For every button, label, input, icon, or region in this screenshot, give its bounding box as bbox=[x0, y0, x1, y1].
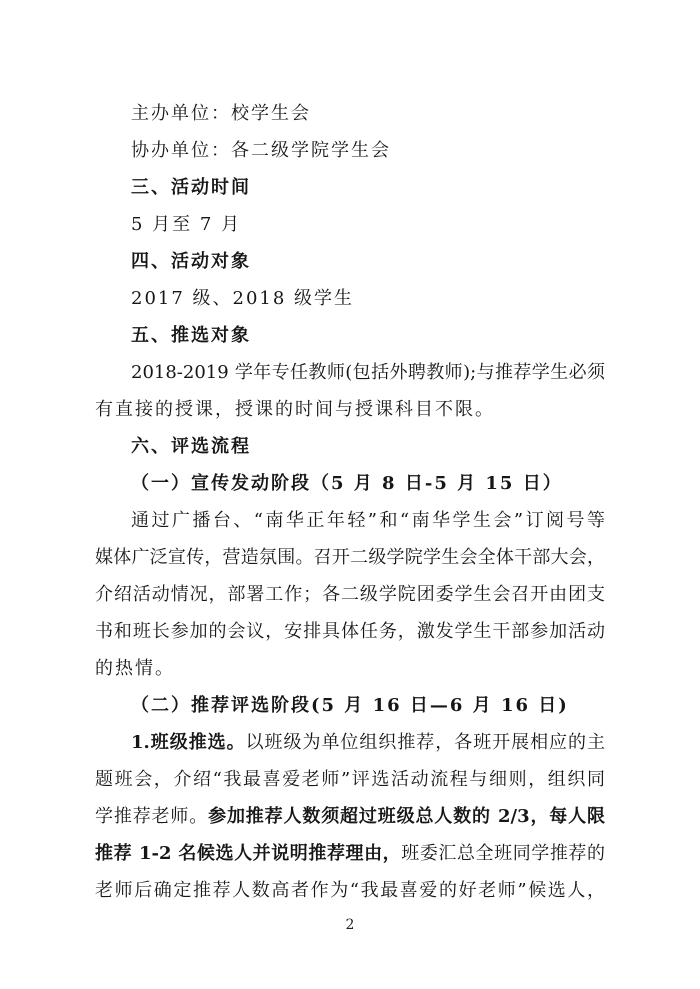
text-segment: 5 月至 7 月 bbox=[131, 214, 241, 235]
document-page: 主办单位：校学生会协办单位：各二级学院学生会三、活动时间5 月至 7 月四、活动… bbox=[0, 0, 700, 989]
text-line: 书和班长参加的会议，安排具体任务，激发学生干部参加活动 bbox=[95, 613, 605, 650]
text-line: 2018-2019 学年专任教师(包括外聘教师);与推荐学生必须 bbox=[95, 354, 605, 391]
text-segment: 的热情。 bbox=[95, 658, 175, 679]
text-line: 通过广播台、“南华正年轻”和“南华学生会”订阅号等 bbox=[95, 502, 605, 539]
text-segment: 2018-2019 学年专任教师(包括外聘教师);与推荐学生必须 bbox=[131, 362, 605, 383]
text-line: 三、活动时间 bbox=[95, 169, 605, 206]
text-line: 1.班级推选。以班级为单位组织推荐，各班开展相应的主 bbox=[95, 724, 605, 761]
text-line: 5 月至 7 月 bbox=[95, 206, 605, 243]
text-line: 介绍活动情况，部署工作；各二级学院团委学生会召开由团支 bbox=[95, 576, 605, 613]
text-segment: 班委汇总全班同学推荐的 bbox=[401, 843, 605, 864]
text-segment: 学推荐老师。 bbox=[95, 806, 208, 827]
text-line: 老师后确定推荐人数高者作为“我最喜爱的好老师”候选人， bbox=[95, 872, 605, 909]
text-line: 协办单位：各二级学院学生会 bbox=[95, 132, 605, 169]
bold-text-segment: 六、评选流程 bbox=[131, 436, 251, 457]
bold-text-segment: 推荐 1-2 名候选人并说明推荐理由， bbox=[95, 843, 401, 864]
text-line: 题班会，介绍“我最喜爱老师”评选活动流程与细则，组织同 bbox=[95, 761, 605, 798]
text-line: 五、推选对象 bbox=[95, 317, 605, 354]
text-line: （二）推荐评选阶段(5 月 16 日—6 月 16 日) bbox=[95, 687, 605, 724]
text-line: 的热情。 bbox=[95, 650, 605, 687]
text-line: （一）宣传发动阶段（5 月 8 日-5 月 15 日） bbox=[95, 465, 605, 502]
text-line: 主办单位：校学生会 bbox=[95, 95, 605, 132]
text-line: 六、评选流程 bbox=[95, 428, 605, 465]
text-line: 推荐 1-2 名候选人并说明推荐理由，班委汇总全班同学推荐的 bbox=[95, 835, 605, 872]
text-line: 有直接的授课，授课的时间与授课科目不限。 bbox=[95, 391, 605, 428]
text-segment: 书和班长参加的会议，安排具体任务，激发学生干部参加活动 bbox=[95, 621, 605, 642]
page-number: 2 bbox=[95, 915, 605, 935]
text-segment: 媒体广泛宣传，营造氛围。召开二级学院学生会全体干部大会， bbox=[95, 547, 605, 568]
text-line: 学推荐老师。参加推荐人数须超过班级总人数的 2/3，每人限 bbox=[95, 798, 605, 835]
bold-text-segment: 三、活动时间 bbox=[131, 177, 251, 198]
text-line: 媒体广泛宣传，营造氛围。召开二级学院学生会全体干部大会， bbox=[95, 539, 605, 576]
text-segment: 2017 级、2018 级学生 bbox=[131, 288, 354, 309]
bold-text-segment: （二）推荐评选阶段(5 月 16 日—6 月 16 日) bbox=[131, 695, 569, 716]
bold-text-segment: 参加推荐人数须超过班级总人数的 2/3，每人限 bbox=[208, 806, 605, 827]
bold-text-segment: （一）宣传发动阶段（5 月 8 日-5 月 15 日） bbox=[131, 473, 563, 494]
document-body: 主办单位：校学生会协办单位：各二级学院学生会三、活动时间5 月至 7 月四、活动… bbox=[95, 95, 605, 909]
text-segment: 题班会，介绍“我最喜爱老师”评选活动流程与细则，组织同 bbox=[95, 769, 605, 790]
text-segment: 通过广播台、“南华正年轻”和“南华学生会”订阅号等 bbox=[131, 510, 605, 531]
text-segment: 主办单位：校学生会 bbox=[131, 103, 311, 124]
bold-text-segment: 四、活动对象 bbox=[131, 251, 251, 272]
bold-text-segment: 五、推选对象 bbox=[131, 325, 251, 346]
text-segment: 协办单位：各二级学院学生会 bbox=[131, 140, 391, 161]
text-segment: 有直接的授课，授课的时间与授课科目不限。 bbox=[95, 399, 495, 420]
text-segment: 以班级为单位组织推荐，各班开展相应的主 bbox=[246, 732, 605, 753]
text-segment: 老师后确定推荐人数高者作为“我最喜爱的好老师”候选人， bbox=[95, 880, 605, 901]
bold-text-segment: 1.班级推选。 bbox=[131, 732, 246, 753]
text-segment: 介绍活动情况，部署工作；各二级学院团委学生会召开由团支 bbox=[95, 584, 605, 605]
text-line: 2017 级、2018 级学生 bbox=[95, 280, 605, 317]
text-line: 四、活动对象 bbox=[95, 243, 605, 280]
